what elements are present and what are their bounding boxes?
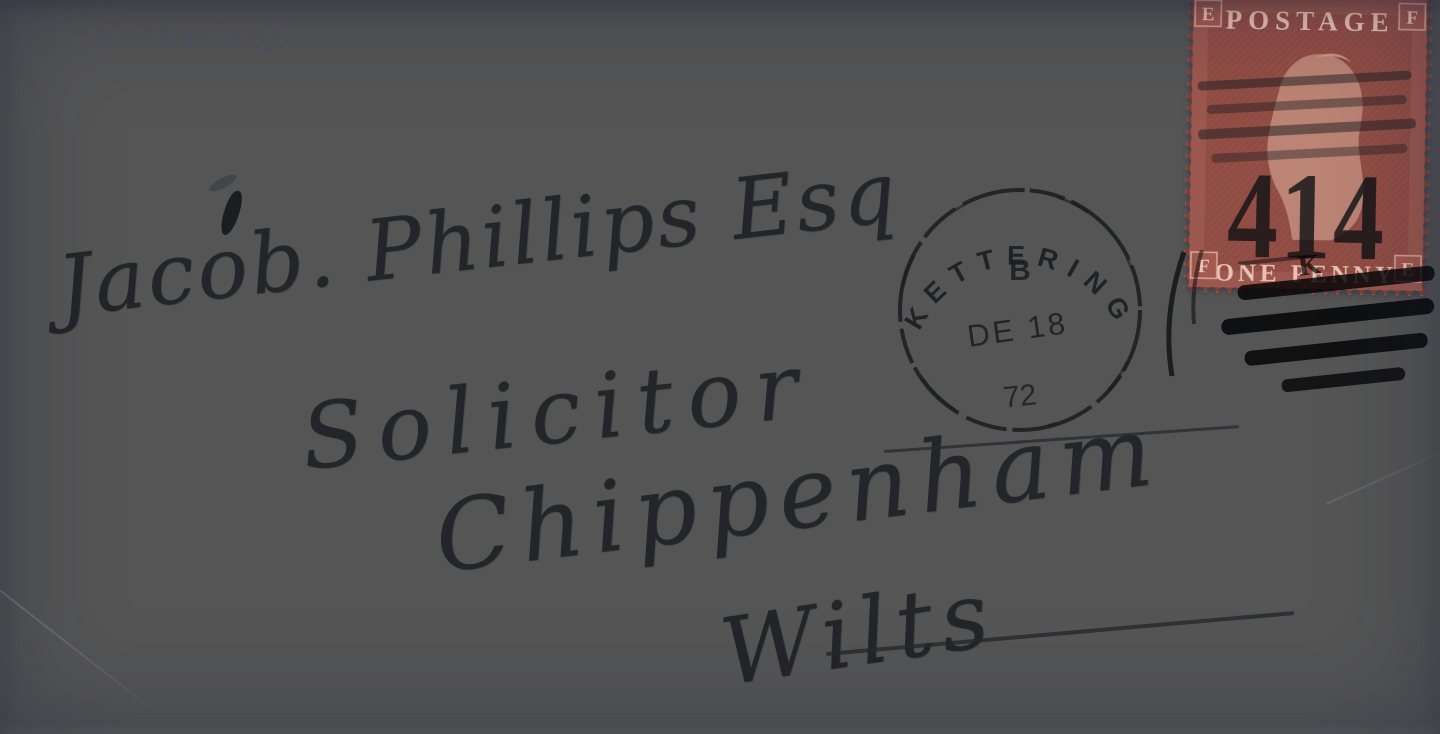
kettering-datestamp: KETTERING B DE 18 72	[886, 176, 1154, 444]
datestamp-date: DE 18	[965, 305, 1070, 354]
cancel-bars	[1217, 265, 1440, 398]
datestamp-year: 72	[1002, 378, 1039, 414]
address-line-county: Wilts	[714, 560, 1003, 707]
stamp-postage-label: POSTAGE	[1225, 5, 1395, 38]
stamp-corner-letter-tl: E	[1202, 4, 1215, 25]
stamp-corner-letter-tr: F	[1406, 8, 1418, 29]
datestamp-index-letter: B	[1009, 254, 1031, 287]
barred-numeral-cancel: K	[1150, 250, 1440, 462]
paper-crease	[0, 590, 150, 709]
envelope-photo: Kettering. Jacob. Phillips Esq Solicitor…	[0, 0, 1440, 734]
address-line-recipient: Jacob. Phillips Esq	[52, 143, 903, 336]
cancel-oval-arc	[1193, 250, 1202, 324]
cancel-oval-arc	[1169, 252, 1184, 376]
pencil-annotation: Kettering.	[97, 13, 295, 60]
